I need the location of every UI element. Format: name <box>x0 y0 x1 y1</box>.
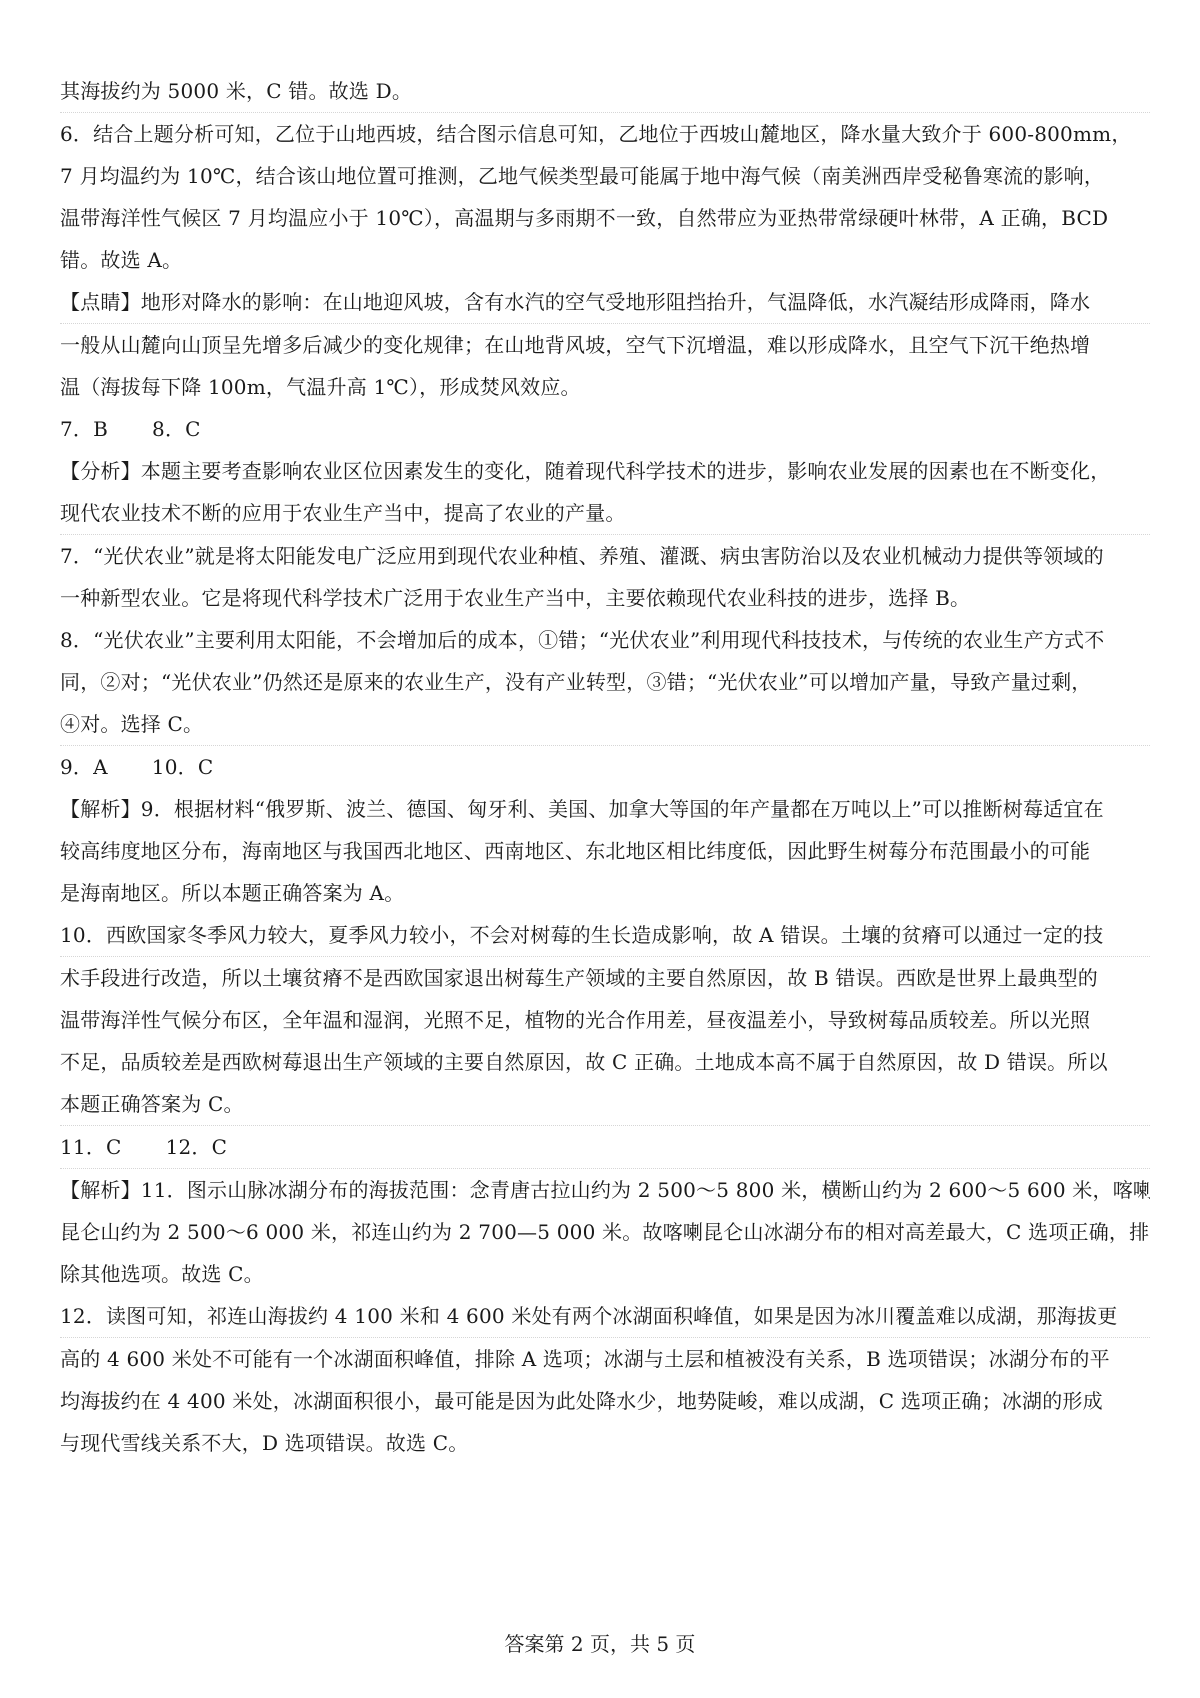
text-line: 其海拔约为 5000 米，C 错。故选 D。 <box>60 70 1150 113</box>
text-line: 8．“光伏农业”主要利用太阳能，不会增加后的成本，①错；“光伏农业”利用现代科技… <box>60 619 1150 661</box>
text-line: 现代农业技术不断的应用于农业生产当中，提高了农业的产量。 <box>60 492 1150 535</box>
text-line: 10．西欧国家冬季风力较大，夏季风力较小，不会对树莓的生长造成影响，故 A 错误… <box>60 914 1150 957</box>
text-line: ④对。选择 C。 <box>60 703 1150 746</box>
answer-key: 7．B <box>60 416 108 442</box>
text-line: 术手段进行改造，所以土壤贫瘠不是西欧国家退出树莓生产领域的主要自然原因，故 B … <box>60 957 1150 999</box>
answer-key: 10．C <box>152 754 214 780</box>
text-line: 一般从山麓向山顶呈先增多后减少的变化规律；在山地背风坡，空气下沉增温，难以形成降… <box>60 324 1150 366</box>
text-line: 【分析】本题主要考查影响农业区位因素发生的变化，随着现代科学技术的进步，影响农业… <box>60 450 1150 492</box>
text-line: 7．“光伏农业”就是将太阳能发电广泛应用到现代农业种植、养殖、灌溉、病虫害防治以… <box>60 535 1150 577</box>
text-line: 均海拔约在 4 400 米处，冰湖面积很小，最可能是因为此处降水少，地势陡峻，难… <box>60 1380 1150 1422</box>
text-line: 高的 4 600 米处不可能有一个冰湖面积峰值，排除 A 选项；冰湖与土层和植被… <box>60 1338 1150 1380</box>
text-line: 【点睛】地形对降水的影响：在山地迎风坡，含有水汽的空气受地形阻挡抬升，气温降低，… <box>60 281 1150 324</box>
text-line: 同，②对；“光伏农业”仍然还是原来的农业生产，没有产业转型，③错；“光伏农业”可… <box>60 661 1150 703</box>
page-footer: 答案第 2 页，共 5 页 <box>0 1628 1200 1657</box>
answer-key-line: 7．B8．C <box>60 408 1150 450</box>
text-line: 昆仑山约为 2 500～6 000 米，祁连山约为 2 700—5 000 米。… <box>60 1211 1150 1253</box>
text-line: 7 月均温约为 10℃，结合该山地位置可推测，乙地气候类型最可能属于地中海气候（… <box>60 155 1150 197</box>
text-line: 本题正确答案为 C。 <box>60 1083 1150 1126</box>
answer-document: 其海拔约为 5000 米，C 错。故选 D。6．结合上题分析可知，乙位于山地西坡… <box>60 70 1150 1464</box>
text-line: 12．读图可知，祁连山海拔约 4 100 米和 4 600 米处有两个冰湖面积峰… <box>60 1295 1150 1338</box>
answer-key: 9．A <box>60 754 108 780</box>
text-line: 【解析】11．图示山脉冰湖分布的海拔范围：念青唐古拉山约为 2 500～5 80… <box>60 1169 1150 1211</box>
answer-key: 8．C <box>152 416 201 442</box>
answer-key: 11．C <box>60 1134 122 1160</box>
text-line: 温（海拔每下降 100m，气温升高 1℃），形成焚风效应。 <box>60 366 1150 408</box>
text-line: 温带海洋性气候区 7 月均温应小于 10℃），高温期与多雨期不一致，自然带应为亚… <box>60 197 1150 239</box>
text-line: 一种新型农业。它是将现代科学技术广泛用于农业生产当中，主要依赖现代农业科技的进步… <box>60 577 1150 619</box>
text-line: 错。故选 A。 <box>60 239 1150 281</box>
text-line: 较高纬度地区分布，海南地区与我国西北地区、西南地区、东北地区相比纬度低，因此野生… <box>60 830 1150 872</box>
text-line: 是海南地区。所以本题正确答案为 A。 <box>60 872 1150 914</box>
text-line: 【解析】9．根据材料“俄罗斯、波兰、德国、匈牙利、美国、加拿大等国的年产量都在万… <box>60 788 1150 830</box>
text-line: 温带海洋性气候分布区，全年温和湿润，光照不足，植物的光合作用差，昼夜温差小，导致… <box>60 999 1150 1041</box>
text-line: 与现代雪线关系不大，D 选项错误。故选 C。 <box>60 1422 1150 1464</box>
answer-key: 12．C <box>166 1134 228 1160</box>
text-line: 除其他选项。故选 C。 <box>60 1253 1150 1295</box>
text-line: 不足，品质较差是西欧树莓退出生产领域的主要自然原因，故 C 正确。土地成本高不属… <box>60 1041 1150 1083</box>
text-line: 6．结合上题分析可知，乙位于山地西坡，结合图示信息可知，乙地位于西坡山麓地区，降… <box>60 113 1150 155</box>
answer-key-line: 9．A10．C <box>60 746 1150 788</box>
answer-key-line: 11．C12．C <box>60 1126 1150 1169</box>
